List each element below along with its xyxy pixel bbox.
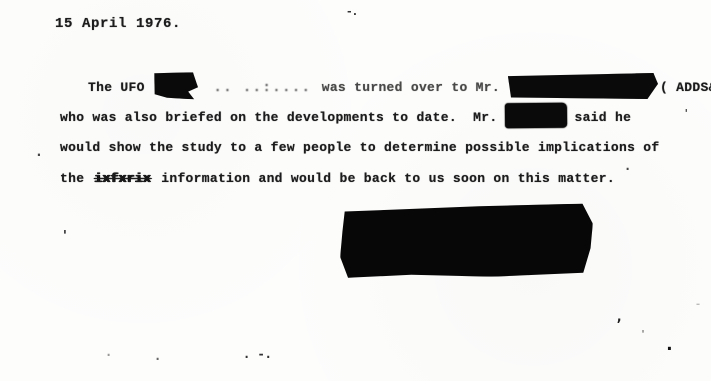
redaction-block-large <box>340 203 594 278</box>
body-line-4: the ixfxrix information and would be bac… <box>60 165 705 196</box>
line4-text-b: information and would be back to us soon… <box>161 171 615 186</box>
struck-out-word: ixfxrix <box>94 171 151 186</box>
line1-text-b: was turned over to Mr. <box>322 80 500 95</box>
scan-speck: . -. <box>243 348 272 360</box>
body-paragraph: The UFO.. ..:....was turned over to Mr.(… <box>60 72 705 196</box>
line4-text-a: the <box>60 171 84 186</box>
redaction-name-line1 <box>508 73 658 99</box>
scan-speck: , <box>615 310 623 324</box>
line2-text-a: who was also briefed on the developments… <box>60 110 497 125</box>
redaction-name-line2 <box>505 103 567 129</box>
redaction-inline-small <box>153 72 197 100</box>
date: 15 April 1976. <box>55 16 181 32</box>
scan-speck: ' <box>683 108 690 119</box>
scan-speck: . <box>35 146 43 159</box>
body-line-2: who was also briefed on the developments… <box>60 103 705 134</box>
scan-speck: - <box>695 300 701 310</box>
body-line-3: would show the study to a few people to … <box>60 134 705 165</box>
scan-speck: . <box>154 350 161 362</box>
scan-speck: . <box>664 336 675 354</box>
scan-speck: ' <box>640 330 646 340</box>
line1-text-c: ( ADDS&T) <box>660 80 711 95</box>
scan-speck: . <box>624 160 631 172</box>
line1-text-a: The UFO <box>88 80 145 95</box>
scan-speck: . <box>105 346 112 358</box>
scan-speck: -. <box>346 6 357 17</box>
body-line-1: The UFO.. ..:....was turned over to Mr.(… <box>60 72 705 103</box>
faded-smudge-text: .. ..:.... <box>214 80 312 95</box>
scan-speck: ' <box>61 230 69 243</box>
line2-text-b: said he <box>574 110 631 125</box>
document-page: 15 April 1976. The UFO.. ..:....was turn… <box>0 0 711 381</box>
